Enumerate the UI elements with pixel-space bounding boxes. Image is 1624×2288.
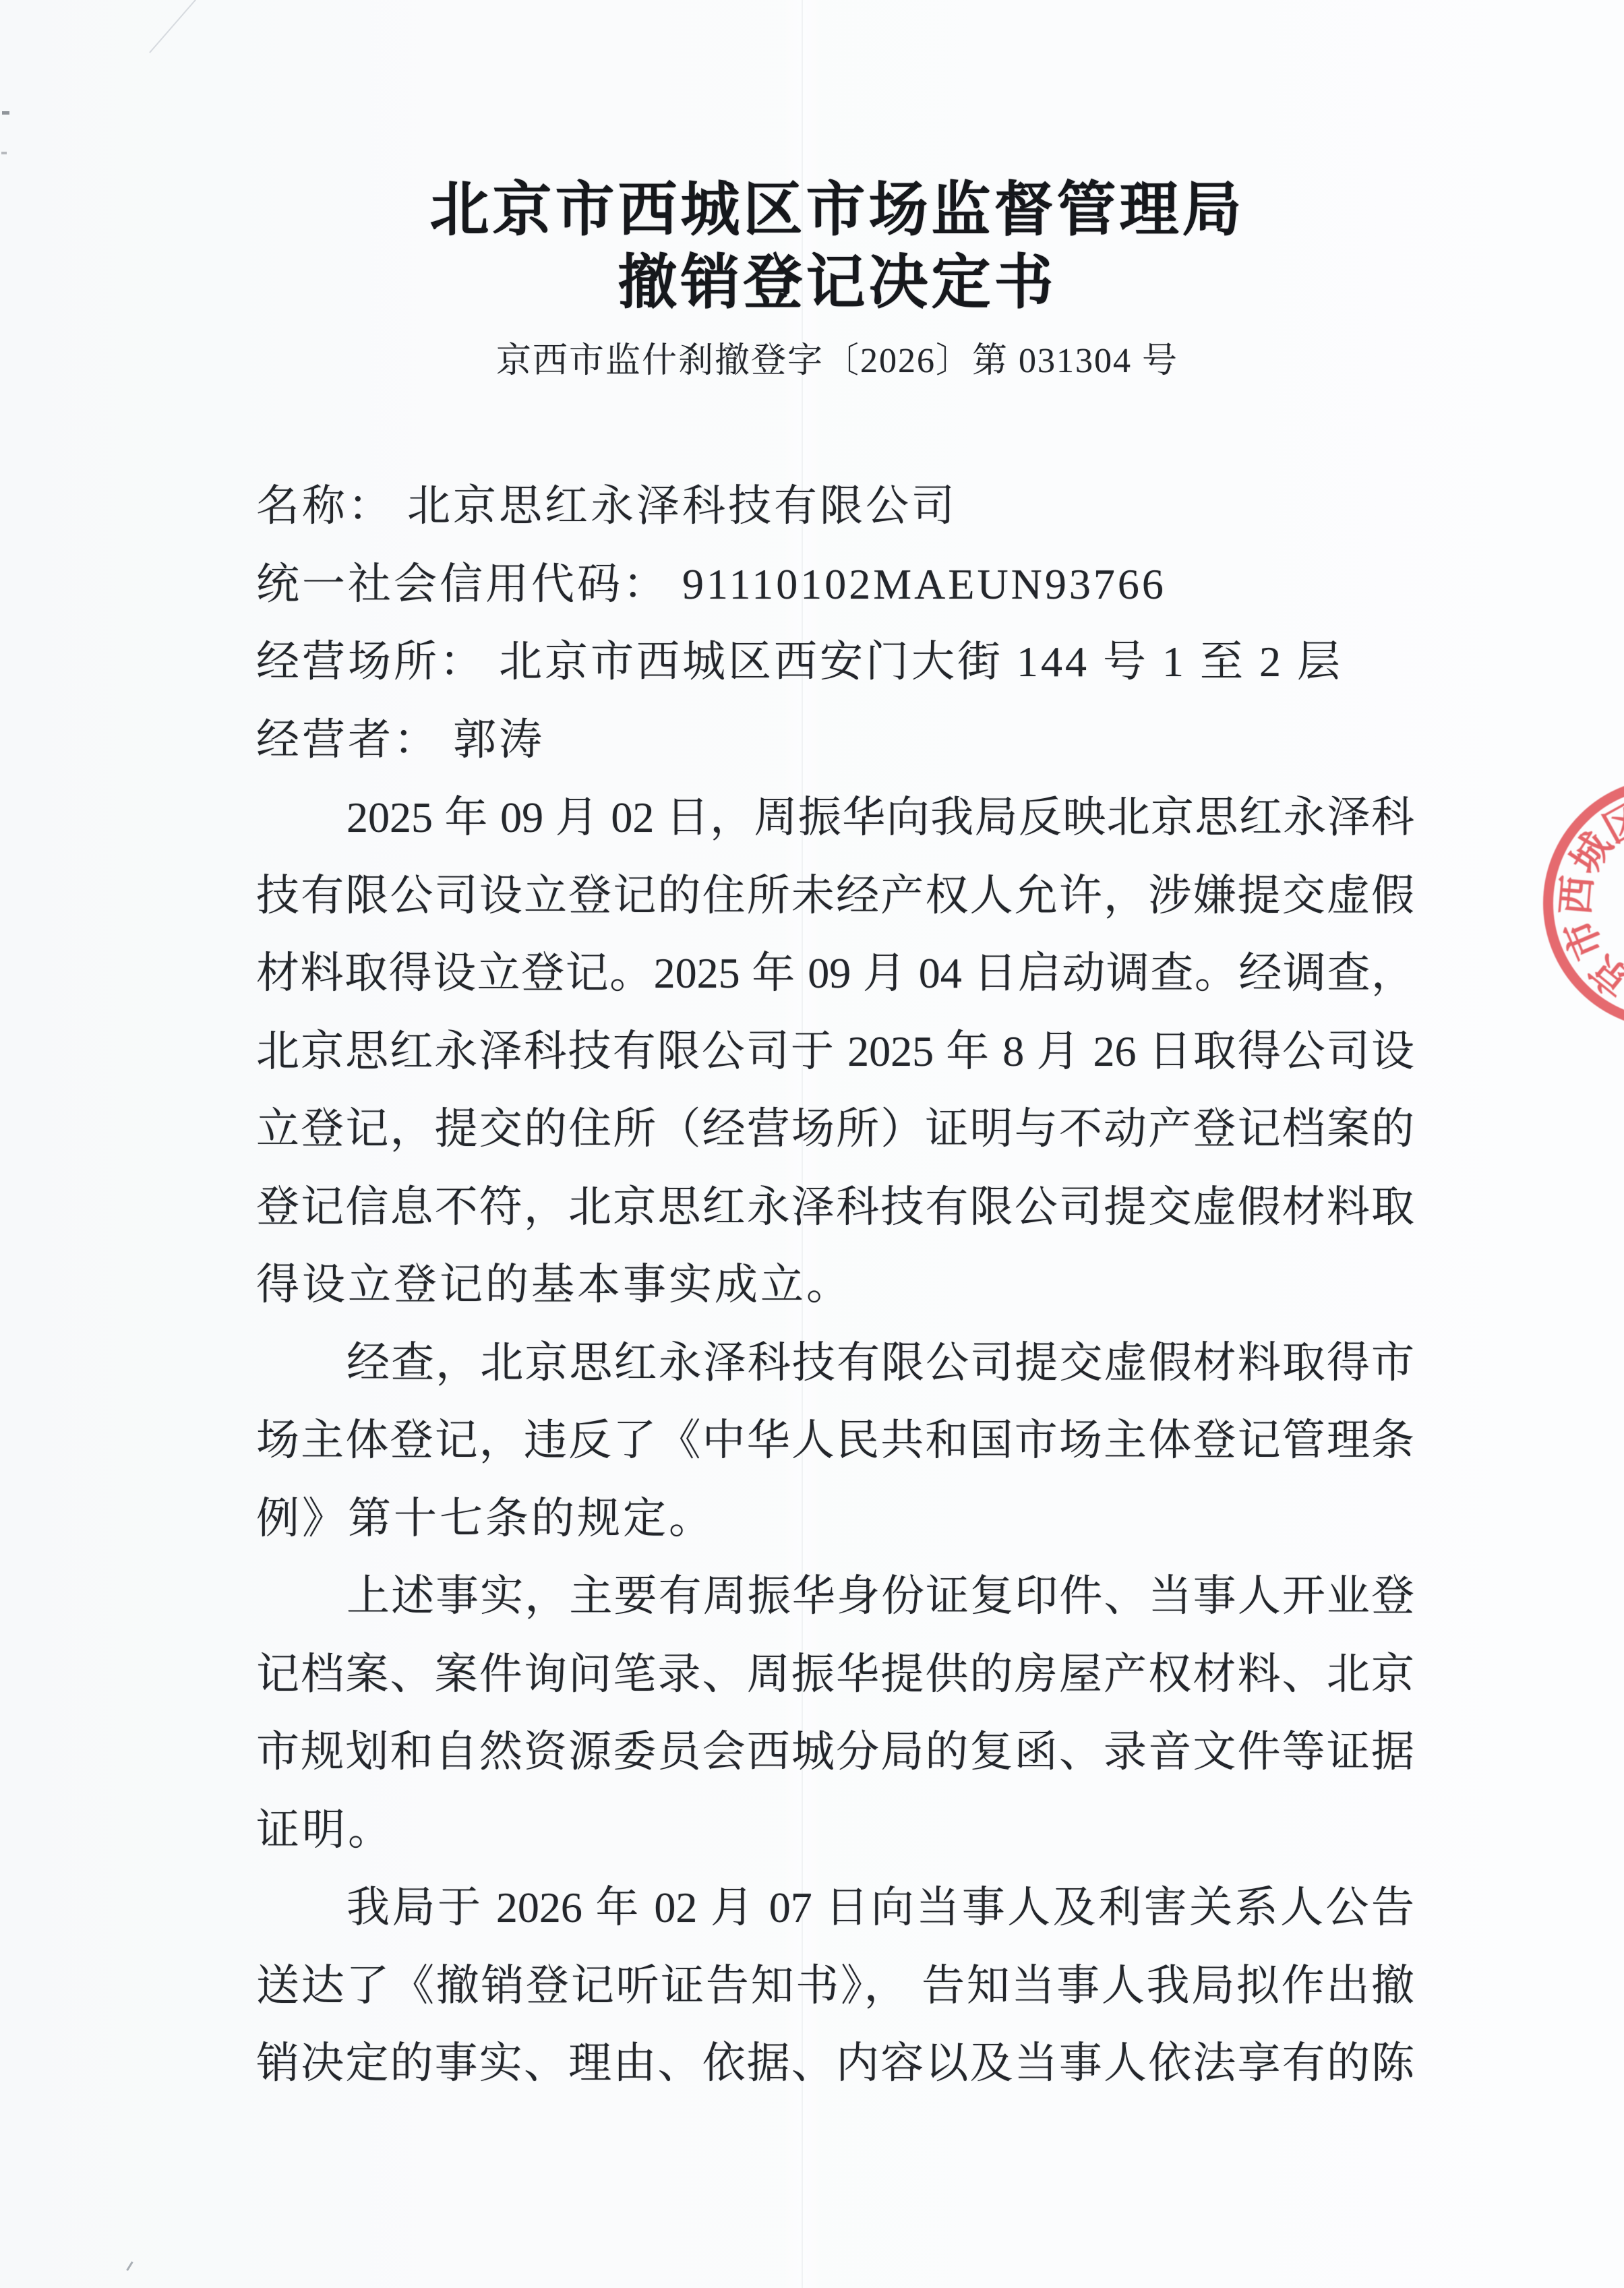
body-line: 场主体登记，违反了《中华人民共和国市场主体登记管理条 — [256, 1402, 1414, 1480]
body-line: 市规划和自然资源委员会西城分局的复函、录音文件等证据 — [256, 1713, 1414, 1791]
document-body: 名称： 北京思红永泽科技有限公司统一社会信用代码： 91110102MAEUN9… — [256, 467, 1414, 2103]
body-line: 送达了《撤销登记听证告知书》， 告知当事人我局拟作出撤 — [256, 1947, 1414, 2025]
body-line: 材料取得设立登记。2025 年 09 月 04 日启动调查。经调查， — [256, 934, 1414, 1013]
document-number: 京西市监什刹撤登字〔2026〕第 031304 号 — [231, 340, 1444, 382]
scanned-document-page: 北京市西城区市场监督管理局 撤销登记决定书 京西市监什刹撤登字〔2026〕第 0… — [0, 0, 1624, 2288]
seal-character: 西 — [1556, 874, 1598, 917]
body-line: 登记信息不符，北京思红永泽科技有限公司提交虚假材料取 — [256, 1168, 1414, 1246]
body-line: 得设立登记的基本事实成立。 — [256, 1246, 1414, 1324]
body-line: 统一社会信用代码： 91110102MAEUN93766 — [256, 545, 1414, 624]
top-crease-artifact — [149, 0, 198, 53]
body-line: 记档案、案件询问笔录、周振华提供的房屋产权材料、北京 — [256, 1635, 1414, 1714]
body-line: 例》第十七条的规定。 — [256, 1480, 1414, 1558]
document-title-line-1: 北京市西城区市场监督管理局 — [231, 177, 1444, 245]
body-line: 上述事实，主要有周振华身份证复印件、当事人开业登 — [256, 1557, 1414, 1635]
left-edge-tick-artifact — [2, 111, 9, 115]
left-edge-tick-artifact — [1, 152, 7, 154]
official-red-seal: 北京市西城区市场监督管理局 — [1543, 778, 1624, 1029]
body-line: 经营场所： 北京市西城区西安门大街 144 号 1 至 2 层 — [256, 623, 1414, 701]
body-line: 名称： 北京思红永泽科技有限公司 — [256, 467, 1414, 545]
body-line: 立登记，提交的住所（经营场所）证明与不动产登记档案的 — [256, 1090, 1414, 1168]
body-line: 北京思红永泽科技有限公司于 2025 年 8 月 26 日取得公司设 — [256, 1013, 1414, 1091]
body-line: 2025 年 09 月 02 日，周振华向我局反映北京思红永泽科 — [256, 779, 1414, 857]
bottom-left-scratch-artifact — [126, 2261, 133, 2270]
document-title-line-2: 撤销登记决定书 — [231, 250, 1444, 318]
body-line: 我局于 2026 年 02 月 07 日向当事人及利害关系人公告 — [256, 1869, 1414, 1947]
body-line: 技有限公司设立登记的住所未经产权人允许，涉嫌提交虚假 — [256, 857, 1414, 935]
body-line: 经查，北京思红永泽科技有限公司提交虚假材料取得市 — [256, 1324, 1414, 1402]
body-line: 证明。 — [256, 1791, 1414, 1869]
body-line: 经营者： 郭涛 — [256, 701, 1414, 779]
body-line: 销决定的事实、理由、依据、内容以及当事人依法享有的陈 — [256, 2024, 1414, 2103]
